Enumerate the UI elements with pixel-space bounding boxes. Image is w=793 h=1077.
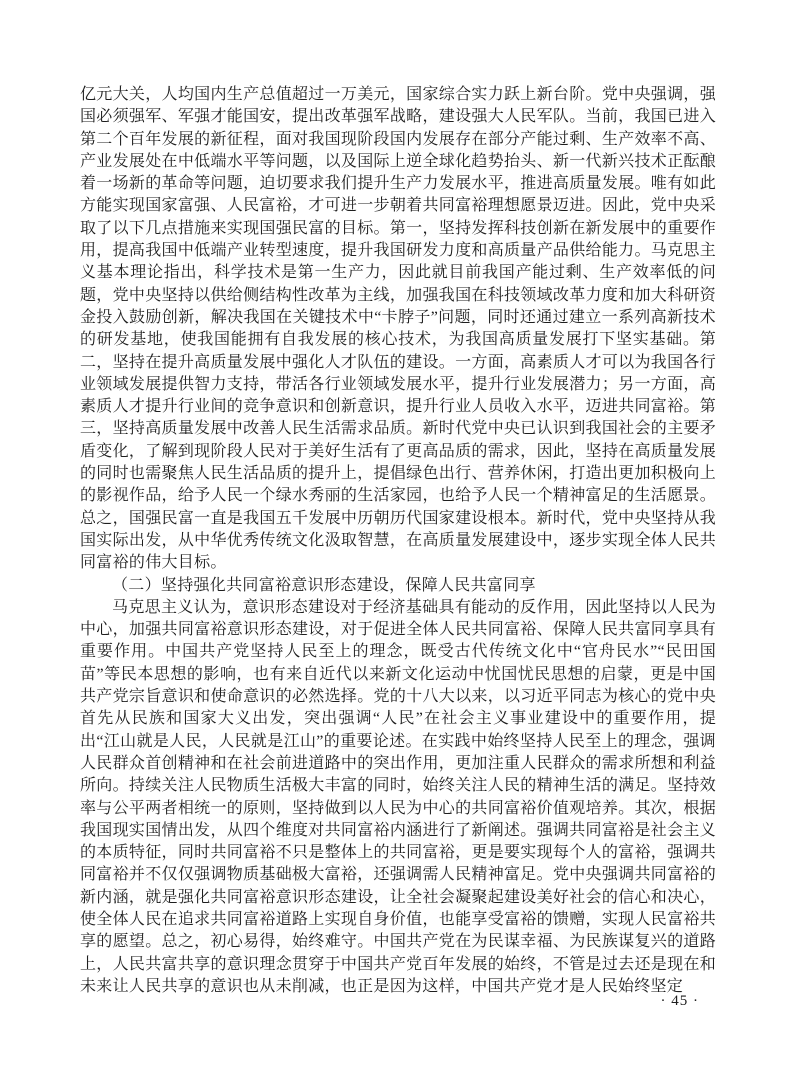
text-block: 亿元大关，人均国内生产总值超过一万美元，国家综合实力跃上新台阶。党中央强调，强国… <box>80 84 716 998</box>
paragraph-continuation: 亿元大关，人均国内生产总值超过一万美元，国家综合实力跃上新台阶。党中央强调，强国… <box>80 84 716 575</box>
section-heading: （二）坚持强化共同富裕意识形态建设，保障人民共富同享 <box>80 575 716 597</box>
page-number: · 45 · <box>661 993 700 1010</box>
paragraph-2: 马克思主义认为，意识形态建设对于经济基础具有能动的反作用，因此坚持以人民为中心，… <box>80 597 716 998</box>
document-page: 亿元大关，人均国内生产总值超过一万美元，国家综合实力跃上新台阶。党中央强调，强国… <box>0 0 793 1077</box>
